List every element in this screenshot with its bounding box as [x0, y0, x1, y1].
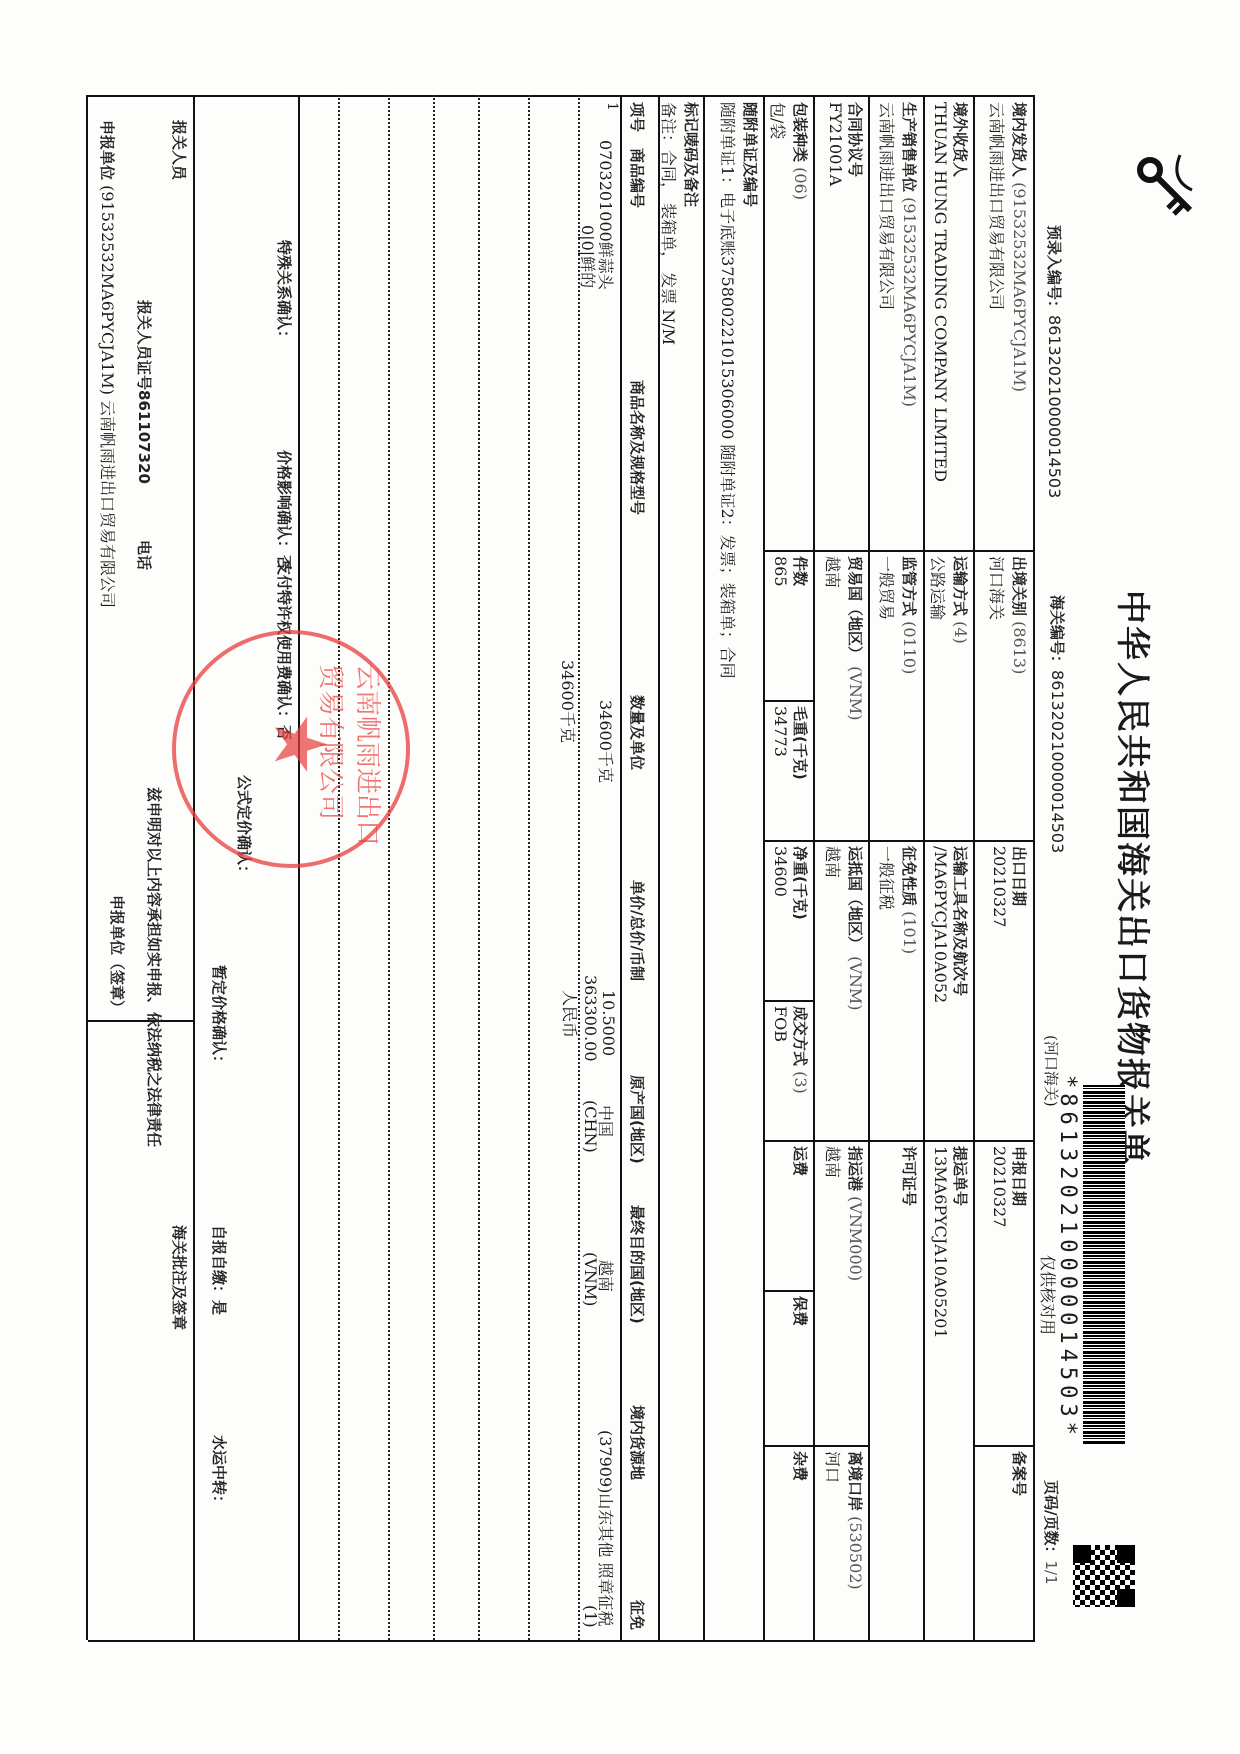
contract-field: 合同协议号 FY21001A	[826, 102, 866, 186]
goods-header-name: 商品名称及规格型号	[627, 380, 648, 515]
table-rule	[86, 95, 88, 1640]
goods-header-source: 境内货源地	[627, 1405, 648, 1480]
company-seal: 云南帆雨进出口贸易有限公司 ★	[172, 630, 410, 868]
provisional-price-confirm: 暂定价格确认：	[209, 965, 230, 1070]
transport-mode-field: 运输方式 (4) 公路运输	[927, 556, 971, 644]
insurance-field: 保费	[790, 1296, 811, 1326]
table-rule	[765, 1140, 815, 1142]
page-count: 页码/页数：1/1	[1041, 1480, 1062, 1585]
table-rule	[88, 1640, 1035, 1642]
pieces-field: 件数 865	[771, 556, 811, 587]
table-rule	[620, 95, 622, 1640]
customs-number: 海关编号：861320210000014503	[1047, 595, 1068, 853]
table-rule	[868, 95, 870, 1640]
marks-remarks-field: 标记唛码及备注 备注：合同， 装箱单， 发票 N/M	[658, 102, 702, 345]
destination-country-field: 运抵国（地区） (VNM) 越南	[822, 846, 866, 1011]
net-weight-field: 净重(千克) 34600	[771, 846, 811, 920]
exit-port-field: 离境口岸 (530502) 河口	[822, 1451, 866, 1590]
license-field: 许可证号	[899, 1146, 920, 1206]
trade-country-field: 贸易国（地区） (VNM) 越南	[822, 556, 866, 721]
overseas-consignee-field: 境外收货人 THUAN HUNG TRADING COMPANY LIMITED	[931, 102, 971, 482]
table-rule	[975, 1445, 1035, 1447]
package-type-field: 包装种类 (06) 包/袋	[767, 102, 811, 200]
table-rule	[703, 95, 705, 1640]
table-rule	[765, 840, 815, 842]
preentry-number: 预录入编号：861320210000014503	[1044, 225, 1065, 498]
table-rule	[765, 1000, 815, 1002]
table-rule	[433, 95, 435, 1640]
gross-weight-field: 毛重(千克) 34773	[771, 706, 811, 780]
bill-number-field: 提运单号 13MA6PYCJA10A05201	[931, 1146, 971, 1339]
barcode	[1083, 1085, 1125, 1445]
table-rule	[388, 95, 390, 1640]
goods-header-hs-code: 商品编号	[627, 148, 648, 208]
qr-code	[1073, 1545, 1135, 1607]
table-rule	[1033, 95, 1035, 1640]
table-rule	[338, 95, 340, 1640]
table-rule	[765, 1290, 815, 1292]
page-title: 中华人民共和国海关出口货物报关单	[1111, 590, 1160, 1166]
star-icon: ★	[264, 712, 336, 777]
conveyance-field: 运输工具名称及航次号 /MA6PYCJA10A052	[931, 846, 971, 1003]
barcode-text: *861320210000014503*	[1055, 1075, 1080, 1440]
sign-label: 申报单位（签章）	[107, 895, 128, 1015]
table-rule	[193, 95, 195, 1640]
declarant-label: 报关人员	[169, 120, 190, 180]
table-rule	[763, 95, 765, 1640]
self-declare-confirm: 自报自缴：是	[209, 1225, 230, 1315]
freight-field: 运费	[790, 1146, 811, 1176]
customs-emblem-icon	[1130, 150, 1200, 220]
declare-unit-field: 申报单位 (91532532MA6PYCJA1M) 云南帆雨进出口贸易有限公司	[97, 120, 120, 608]
tax-nature-field: 征免性质 (101) 一般征税	[876, 846, 920, 954]
table-rule	[813, 95, 815, 1640]
statement: 兹申明对以上内容承担如实申报、依法纳税之法律责任	[144, 787, 165, 1147]
producer-field: 生产销售单位 (91532532MA6PYCJA1M) 云南帆雨进出口贸易有限公…	[876, 102, 920, 407]
table-rule	[973, 95, 975, 1640]
water-transfer-confirm: 水运中转：	[209, 1435, 230, 1510]
goods-table-row: 1 0703201000鲜蒜头 0|0|鲜的 34600千克 34600千克 1…	[580, 100, 620, 1640]
table-rule	[88, 1020, 195, 1022]
goods-header-price: 单价/总价/币制	[627, 880, 648, 981]
table-rule	[528, 95, 530, 1640]
port-field: 指运港 (VNM000) 越南	[822, 1146, 866, 1281]
goods-header-origin: 原产国(地区)	[627, 1075, 648, 1164]
export-date-field: 出口日期 20210327	[990, 846, 1030, 927]
goods-header-quantity: 数量及单位	[627, 695, 648, 770]
phone-label: 电话	[134, 540, 155, 570]
table-rule	[765, 1445, 870, 1447]
record-number-field: 备案号	[1009, 1451, 1030, 1496]
supervision-field: 监管方式 (0110) 一般贸易	[876, 556, 920, 674]
deal-mode-field: 成交方式 (3) FOB	[771, 1006, 811, 1094]
attached-docs-field: 随附单证及编号 随附单证1：电子底账375800221015306000 随附单…	[717, 102, 761, 679]
misc-fee-field: 杂费	[790, 1451, 811, 1481]
price-influence-confirm: 价格影响确认：否	[274, 450, 295, 570]
table-rule	[923, 95, 925, 1640]
declare-date-field: 申报日期 20210327	[990, 1146, 1030, 1227]
goods-header-item-no: 项号	[627, 102, 648, 132]
goods-header-destination: 最终目的国(地区)	[627, 1205, 648, 1324]
customs-sign-label: 海关批注及签章	[169, 1225, 190, 1330]
special-relation-confirm: 特殊关系确认：	[274, 240, 295, 345]
domestic-shipper-field: 境内发货人 (91532532MA6PYCJA1M) 云南帆雨进出口贸易有限公司	[986, 102, 1030, 392]
table-rule	[88, 95, 1035, 97]
table-rule	[765, 550, 870, 552]
table-rule	[478, 95, 480, 1640]
declarant-id: 报关人员证号861107320	[134, 300, 155, 484]
goods-header-tax: 征免	[627, 1600, 648, 1630]
table-rule	[765, 700, 815, 702]
customs-declaration-form: 预录入编号：861320210000014503 中华人民共和国海关出口货物报关…	[0, 0, 1240, 1754]
exit-customs-field: 出境关别 (8613) 河口海关	[986, 556, 1030, 674]
